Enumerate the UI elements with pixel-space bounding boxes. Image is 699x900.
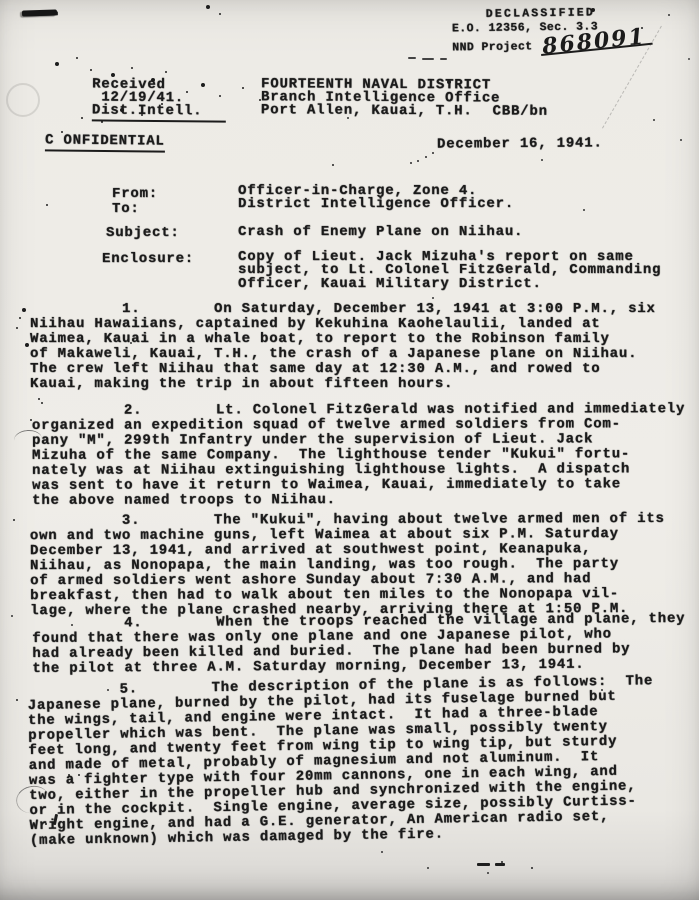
letterhead-location: Port Allen, Kauai, T.H.: [261, 103, 473, 120]
to-label: To:: [112, 201, 140, 217]
from-to-values: Officer-in-Charge, Zone 4. District Inte…: [238, 185, 514, 212]
nnd-project-number-handwritten: 868091: [539, 29, 652, 56]
enclosure-label: Enclosure:: [102, 252, 194, 267]
subject-label: Subject:: [106, 226, 180, 241]
stray-dash: [408, 57, 416, 59]
classification-marking: C ONFIDENTIAL: [45, 133, 165, 152]
confidential-label: C ONFIDENTIAL: [45, 133, 165, 152]
stray-dash: [440, 58, 447, 60]
stray-dash: [477, 863, 490, 866]
from-label: From:: [112, 186, 158, 202]
received-stamp-block: Received 12/19/41. Dist.Intell.: [92, 78, 227, 122]
body-paragraph-2: 2. Lt. Colonel FitzGerald was notified a…: [32, 402, 686, 509]
declassification-stamp: DECLASSIFIEDE.O. 12356, Sec. 3.3 NND Pro…: [452, 6, 652, 56]
declassified-text: DECLASSIFIED: [486, 6, 652, 22]
stray-dash: [495, 863, 505, 866]
routing-office: Dist.Intell.: [92, 105, 227, 122]
enclosure-value: Copy of Lieut. Jack Mizuha's report on s…: [238, 251, 661, 291]
scanned-document-page: DECLASSIFIEDE.O. 12356, Sec. 3.3 NND Pro…: [0, 0, 699, 900]
body-paragraph-1: 1. On Saturday, December 13, 1941 at 3:0…: [30, 302, 656, 392]
reference-code: CBB/bn: [493, 104, 548, 120]
nnd-project-label: NND Project: [452, 40, 532, 54]
body-paragraph-3: 3. The "Kukui", having about twelve arme…: [30, 512, 665, 619]
hole-punch-mark: [6, 83, 40, 117]
stray-dash: [422, 58, 434, 60]
ink-specks: [0, 0, 2, 2]
body-paragraph-4: 4. When the troops reached the village a…: [32, 612, 686, 677]
from-to-labels: From: To:: [112, 187, 158, 217]
document-date: December 16, 1941.: [437, 136, 603, 152]
letterhead: FOURTEENTH NAVAL DISTRICT Branch Intelli…: [261, 78, 548, 119]
body-paragraph-5: 5. The description of the plane is as fo…: [27, 674, 655, 849]
subject-value: Crash of Enemy Plane on Niihau.: [238, 225, 523, 240]
ink-smudge: [22, 9, 57, 16]
